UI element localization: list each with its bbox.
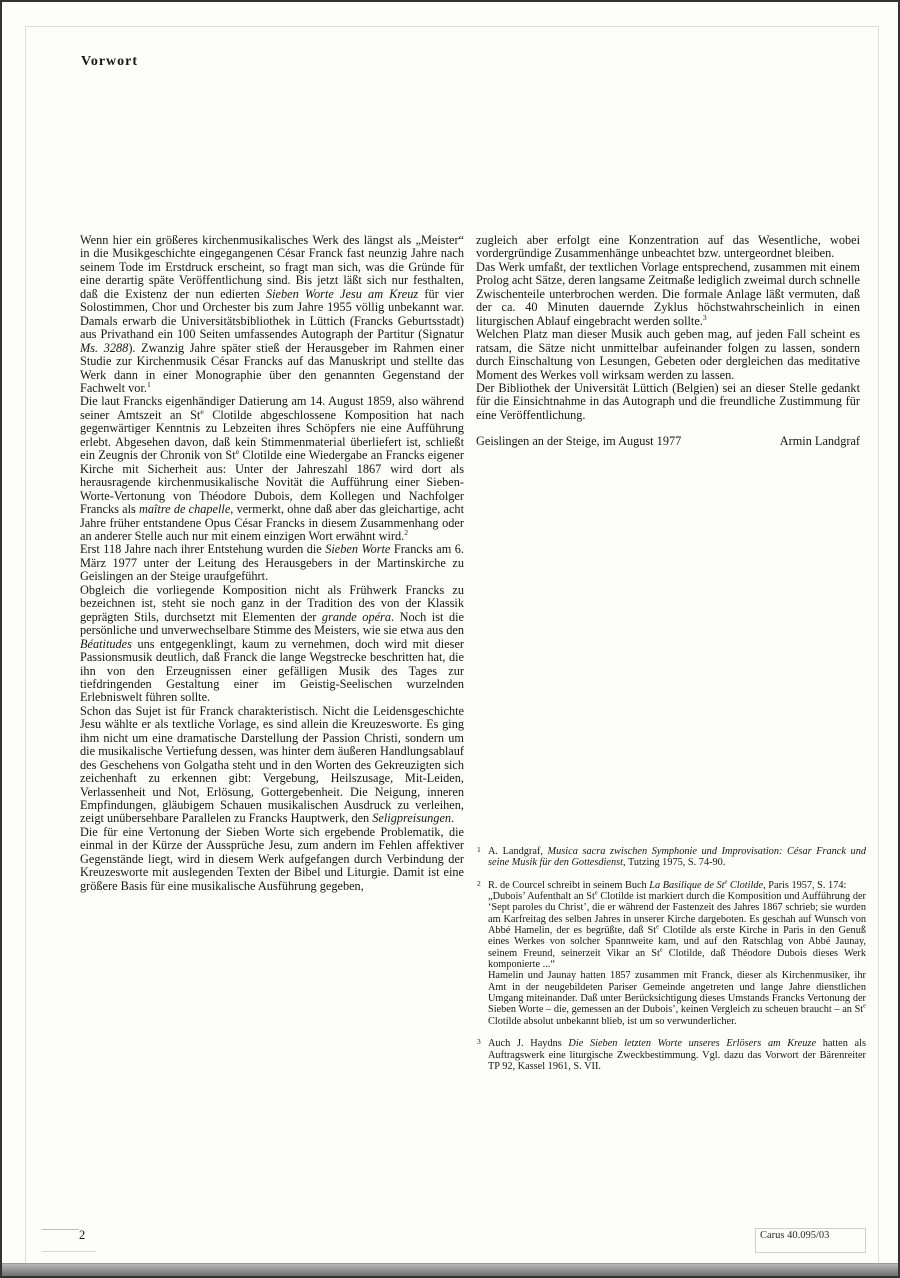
signoff-place-date: Geislingen an der Steige, im August 1977	[476, 435, 681, 448]
left-column: Wenn hier ein größeres kirchenmusikalisc…	[80, 234, 464, 1180]
paragraph: Welchen Platz man dieser Musik auch gebe…	[476, 328, 860, 382]
paragraph: Die für eine Vertonung der Sieben Worte …	[80, 826, 464, 893]
paragraph: Das Werk umfaßt, der textlichen Vorlage …	[476, 261, 860, 328]
footnote: 3Auch J. Haydns Die Sieben letzten Worte…	[476, 1038, 866, 1072]
catalog-number: Carus 40.095/03	[760, 1230, 829, 1241]
footnote: 1A. Landgraf, Musica sacra zwischen Symp…	[476, 846, 866, 869]
paragraph: Erst 118 Jahre nach ihrer Entstehung wur…	[80, 543, 464, 583]
footnote-number: 2	[477, 878, 481, 889]
footnote-paragraph: A. Landgraf, Musica sacra zwischen Symph…	[488, 846, 866, 869]
page-number: 2	[79, 1228, 85, 1243]
scan-bottom-edge	[2, 1263, 898, 1276]
paragraph: Wenn hier ein größeres kirchenmusikalisc…	[80, 234, 464, 395]
footnote-paragraph: R. de Courcel schreibt in seinem Buch La…	[488, 880, 866, 891]
footnote-paragraph: Hamelin und Jaunay hatten 1857 zusammen …	[488, 970, 866, 1027]
right-column-text: zugleich aber erfolgt eine Konzentration…	[476, 234, 860, 422]
paragraph: Die laut Francks eigenhändiger Datierung…	[80, 395, 464, 543]
catalog-number-box: Carus 40.095/03	[755, 1228, 866, 1253]
paragraph: zugleich aber erfolgt eine Konzentration…	[476, 234, 860, 261]
footer-rule	[42, 1229, 79, 1230]
footnote-number: 3	[477, 1036, 481, 1047]
document-page: Vorwort Wenn hier ein größeres kirchenmu…	[0, 0, 900, 1278]
paragraph: Der Bibliothek der Universität Lüttich (…	[476, 382, 860, 422]
right-column: zugleich aber erfolgt eine Konzentration…	[476, 234, 860, 1180]
signoff-author: Armin Landgraf	[780, 435, 860, 448]
page-title: Vorwort	[81, 54, 138, 70]
footnote-paragraph: Auch J. Haydns Die Sieben letzten Worte …	[488, 1038, 866, 1072]
paragraph: Obgleich die vorliegende Komposition nic…	[80, 584, 464, 705]
footnotes: 1A. Landgraf, Musica sacra zwischen Symp…	[476, 846, 866, 1083]
paragraph: Schon das Sujet ist für Franck charakter…	[80, 705, 464, 826]
two-column-text: Wenn hier ein größeres kirchenmusikalisc…	[80, 234, 860, 1180]
footer-rule	[42, 1251, 96, 1252]
signoff-line: Geislingen an der Steige, im August 1977…	[476, 435, 860, 448]
footnote: 2R. de Courcel schreibt in seinem Buch L…	[476, 880, 866, 1027]
footnote-number: 1	[477, 844, 481, 855]
footnote-paragraph: „Dubois’ Aufenthalt an Ste Clotilde ist …	[488, 891, 866, 970]
